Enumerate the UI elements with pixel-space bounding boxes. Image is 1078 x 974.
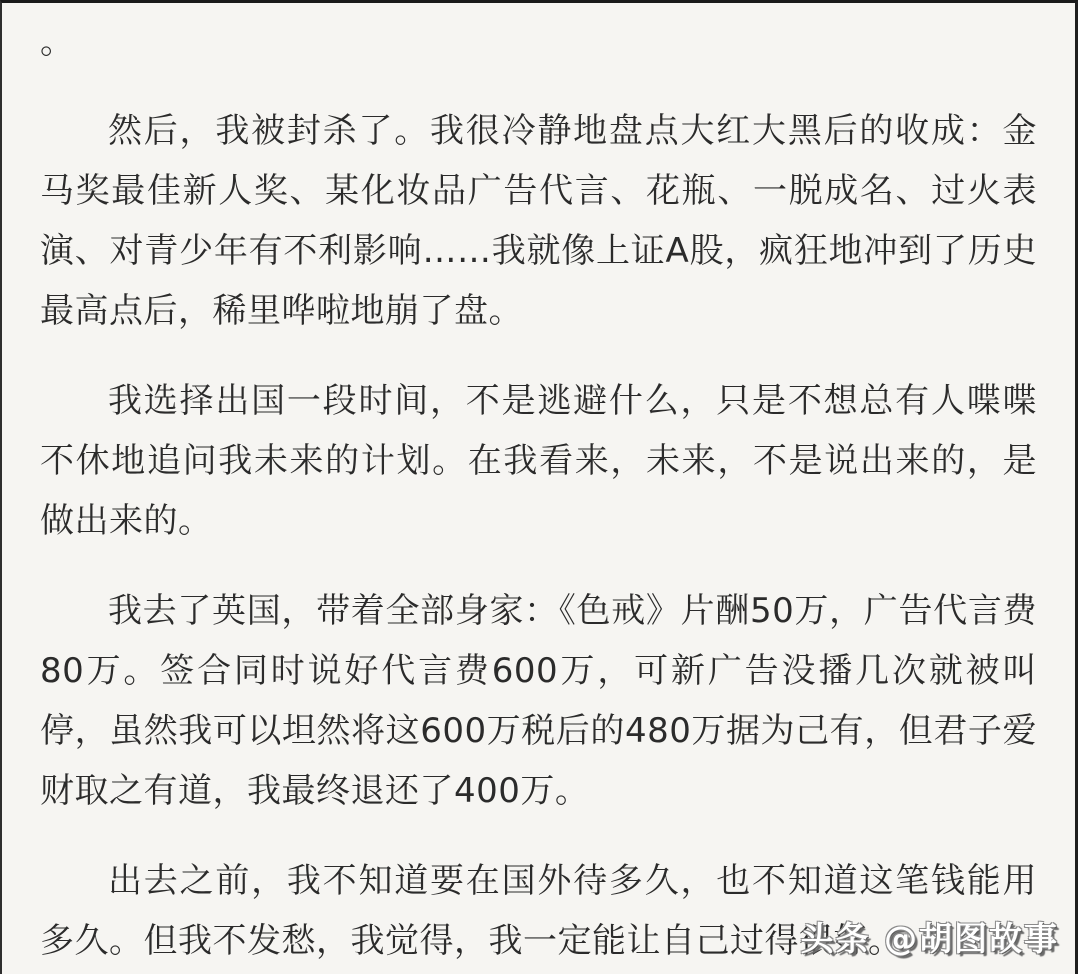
paragraph: 然后，我被封杀了。我很冷静地盘点大红大黑后的收成：金马奖最佳新人奖、某化妆品广告… <box>40 101 1037 341</box>
article-body: 。 然后，我被封杀了。我很冷静地盘点大红大黑后的收成：金马奖最佳新人奖、某化妆品… <box>2 3 1075 971</box>
paragraph-tail-punctuation: 。 <box>40 13 1037 71</box>
article-page: 。 然后，我被封杀了。我很冷静地盘点大红大黑后的收成：金马奖最佳新人奖、某化妆品… <box>0 0 1078 974</box>
toutiao-watermark: 头条 @胡图故事 <box>801 913 1060 960</box>
paragraph: 我去了英国，带着全部身家：《色戒》片酬50万，广告代言费80万。签合同时说好代言… <box>40 581 1037 821</box>
paragraph: 我选择出国一段时间，不是逃避什么，只是不想总有人喋喋不休地追问我未来的计划。在我… <box>40 371 1037 551</box>
